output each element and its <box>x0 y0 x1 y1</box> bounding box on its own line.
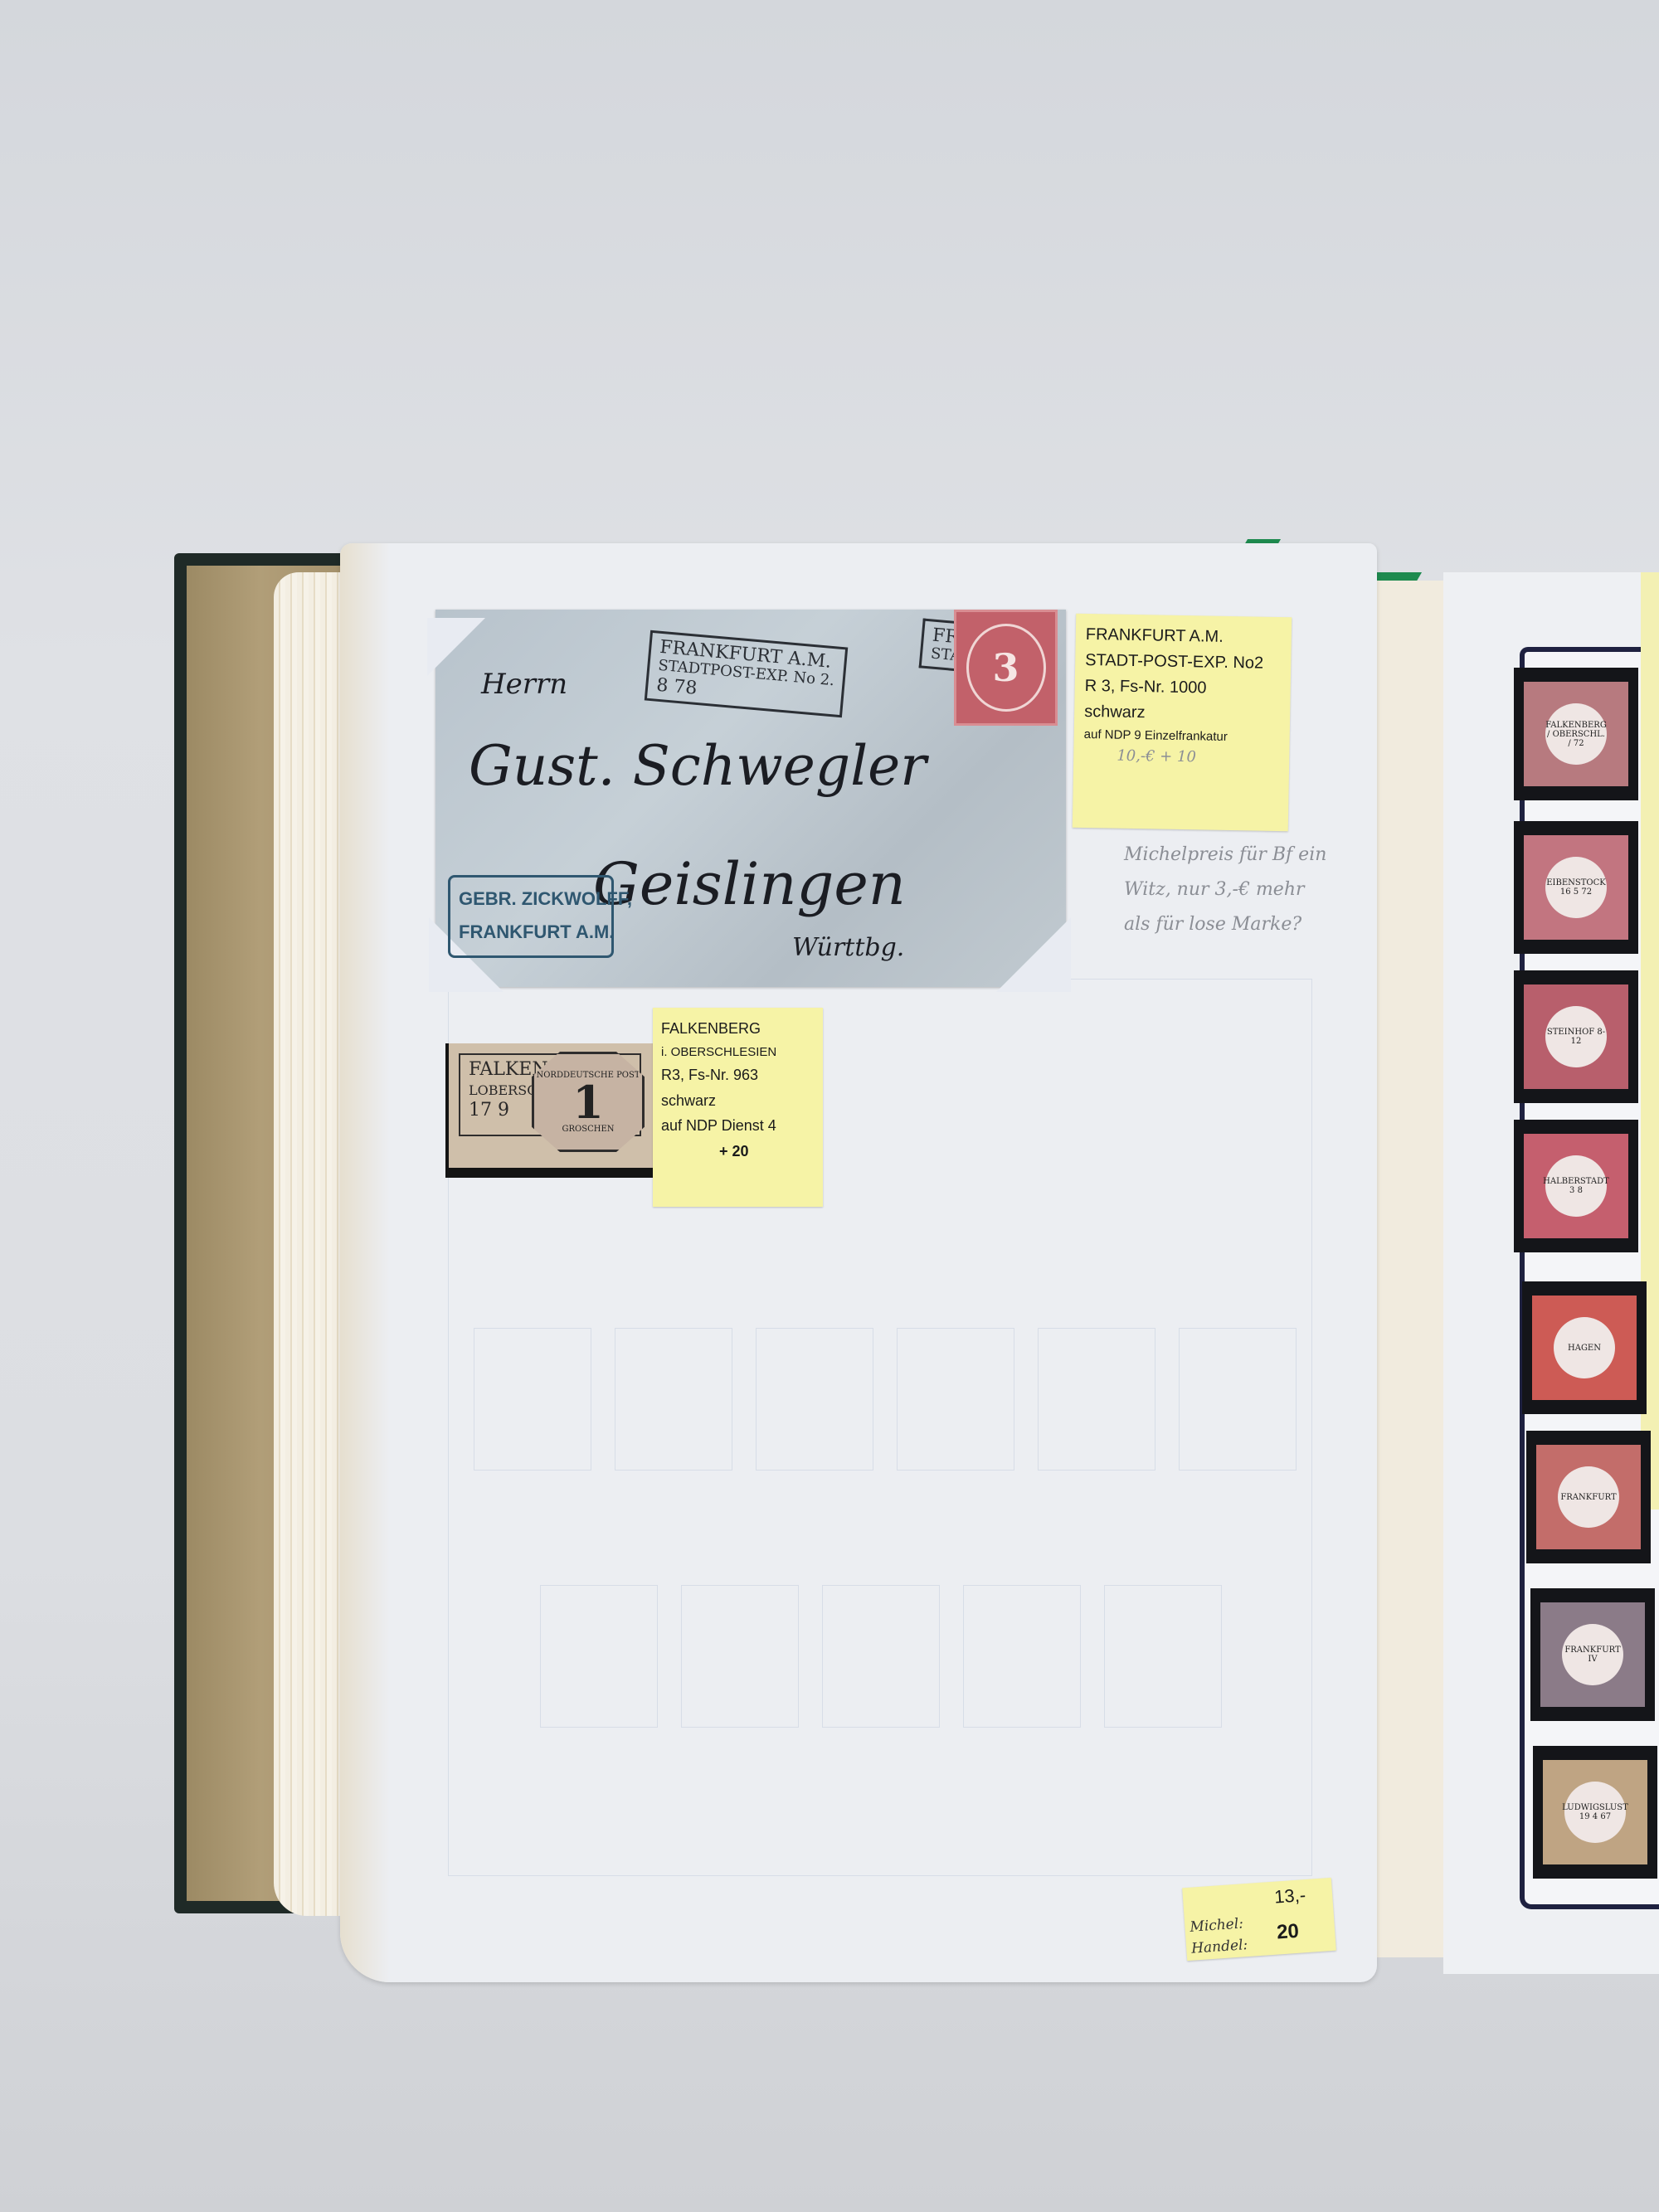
stamp-slot-2: EIBENSTOCK 16 5 72 <box>1514 821 1638 954</box>
stamp-slot-5: HAGEN <box>1522 1281 1647 1414</box>
ndp-dienst-stamp: NORDDEUTSCHE POST 1 GROSCHEN <box>532 1052 645 1152</box>
stamp-slot-4: HALBERSTADT 3 8 <box>1514 1120 1638 1252</box>
stamp-value: 3 <box>966 624 1046 712</box>
destination: Geislingen <box>593 850 906 918</box>
frankfurt-cancel: FRANKFURT A.M. STADTPOST-EXP. No 2. 8 78 <box>645 630 849 718</box>
pencil-note: Michelpreis für Bf ein Witz, nur 3,-€ me… <box>1124 838 1326 941</box>
note-price: Michel: 13,- Handel: 20 <box>1182 1878 1336 1961</box>
ndp-3-kreuzer-stamp: 3 <box>954 610 1058 726</box>
note-frankfurt: FRANKFURT A.M. STADT-POST-EXP. No2 R 3, … <box>1073 614 1292 831</box>
note-falkenberg: FALKENBERG i. OBERSCHLESIEN R3, Fs-Nr. 9… <box>653 1008 823 1207</box>
sender-handstamp: GEBR. ZICKWOLFF, FRANKFURT A.M. <box>448 875 614 958</box>
recipient-name: Gust. Schwegler <box>469 734 927 798</box>
stamp-slot-8: LUDWIGSLUST 19 4 67 <box>1533 1746 1657 1879</box>
falkenberg-piece: FALKENBERG LOBERSCHLESIEN 17 9 NORDDEUTS… <box>445 1043 656 1178</box>
photo-corner <box>427 618 485 676</box>
salutation: Herrn <box>481 668 567 701</box>
photo-corner <box>996 917 1071 992</box>
region: Württbg. <box>792 933 904 962</box>
stamp-slot-7: FRANKFURT IV <box>1530 1588 1655 1721</box>
stamp-slot-3: STEINHOF 8-12 <box>1514 970 1638 1103</box>
stamp-slot-6: FRANKFURT <box>1526 1431 1651 1563</box>
stamp-slot-1: FALKENBERG / OBERSCHL. / 72 <box>1514 668 1638 800</box>
